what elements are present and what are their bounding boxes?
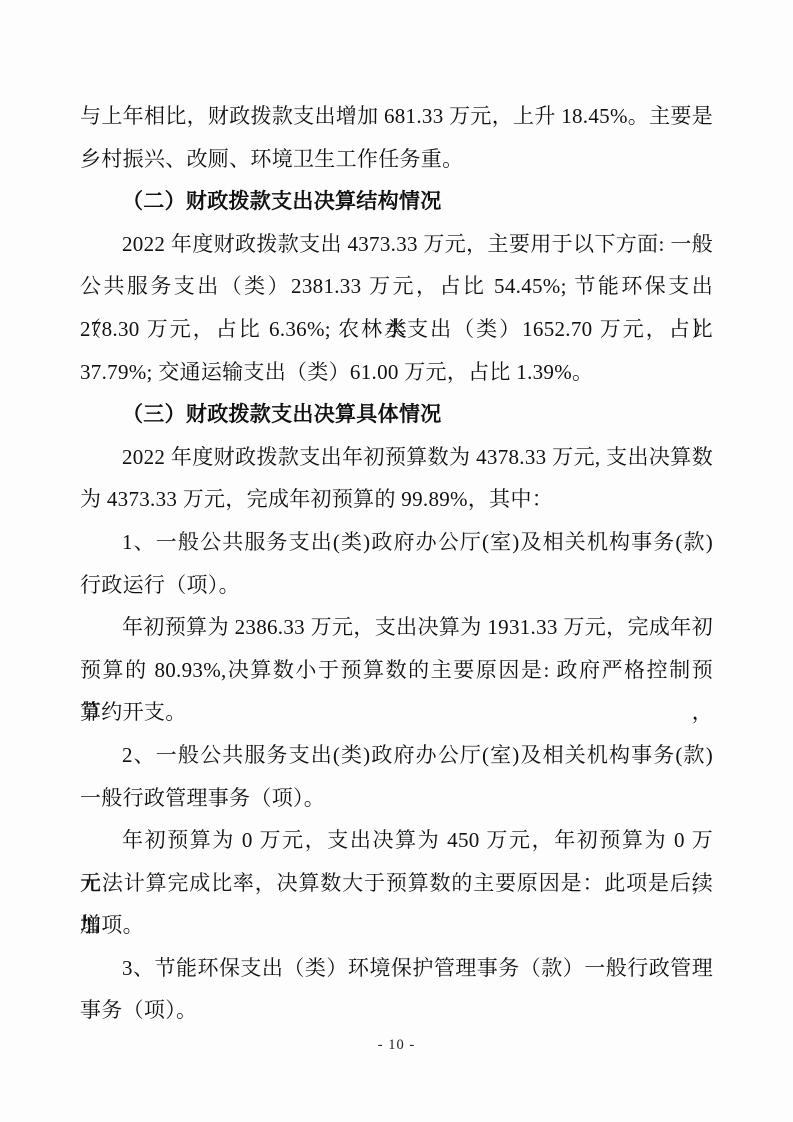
page-number: - 10 - [0,1034,793,1056]
paragraph-line: 37.79%; 交通运输支出（类）61.00 万元，占比 1.39%。 [80,351,713,394]
paragraph-line: 2、一般公共服务支出(类)政府办公厅(室)及相关机构事务(款) [80,734,713,777]
paragraph-line: 公共服务支出（类）2381.33 万元，占比 54.45%; 节能环保支出（类） [80,265,713,308]
paragraph-line: 1、一般公共服务支出(类)政府办公厅(室)及相关机构事务(款) [80,521,713,564]
paragraph-line: 事务（项）。 [80,989,713,1032]
paragraph-line: 加项。 [80,904,713,947]
document-page: 与上年相比，财政拨款支出增加 681.33 万元，上升 18.45%。主要是乡村… [0,0,793,1122]
paragraph-line: 278.30 万元，占比 6.36%; 农林水支出（类）1652.70 万元，占… [80,308,713,351]
paragraph-line: 一般行政管理事务（项）。 [80,777,713,820]
paragraph-line: 3、节能环保支出（类）环境保护管理事务（款）一般行政管理 [80,947,713,990]
document-body: 与上年相比，财政拨款支出增加 681.33 万元，上升 18.45%。主要是乡村… [80,95,713,1032]
section-heading: （二）财政拨款支出决算结构情况 [80,180,713,223]
paragraph-line: 与上年相比，财政拨款支出增加 681.33 万元，上升 18.45%。主要是 [80,95,713,138]
paragraph-line: 年初预算为 0 万元，支出决算为 450 万元，年初预算为 0 万元， [80,819,713,862]
paragraph-line: 预算的 80.93%,决算数小于预算数的主要原因是: 政府严格控制预算， [80,649,713,692]
paragraph-line: 乡村振兴、改厕、环境卫生工作任务重。 [80,138,713,181]
paragraph-line: 2022 年度财政拨款支出年初预算数为 4378.33 万元, 支出决算数 [80,436,713,479]
paragraph-line: 行政运行（项）。 [80,564,713,607]
paragraph-line: 年初预算为 2386.33 万元，支出决算为 1931.33 万元，完成年初 [80,606,713,649]
paragraph-line: 为 4373.33 万元，完成年初预算的 99.89%，其中： [80,478,713,521]
paragraph-line: 2022 年度财政拨款支出 4373.33 万元，主要用于以下方面: 一般 [80,223,713,266]
section-heading: （三）财政拨款支出决算具体情况 [80,393,713,436]
paragraph-line: 无法计算完成比率，决算数大于预算数的主要原因是：此项是后续增 [80,862,713,905]
